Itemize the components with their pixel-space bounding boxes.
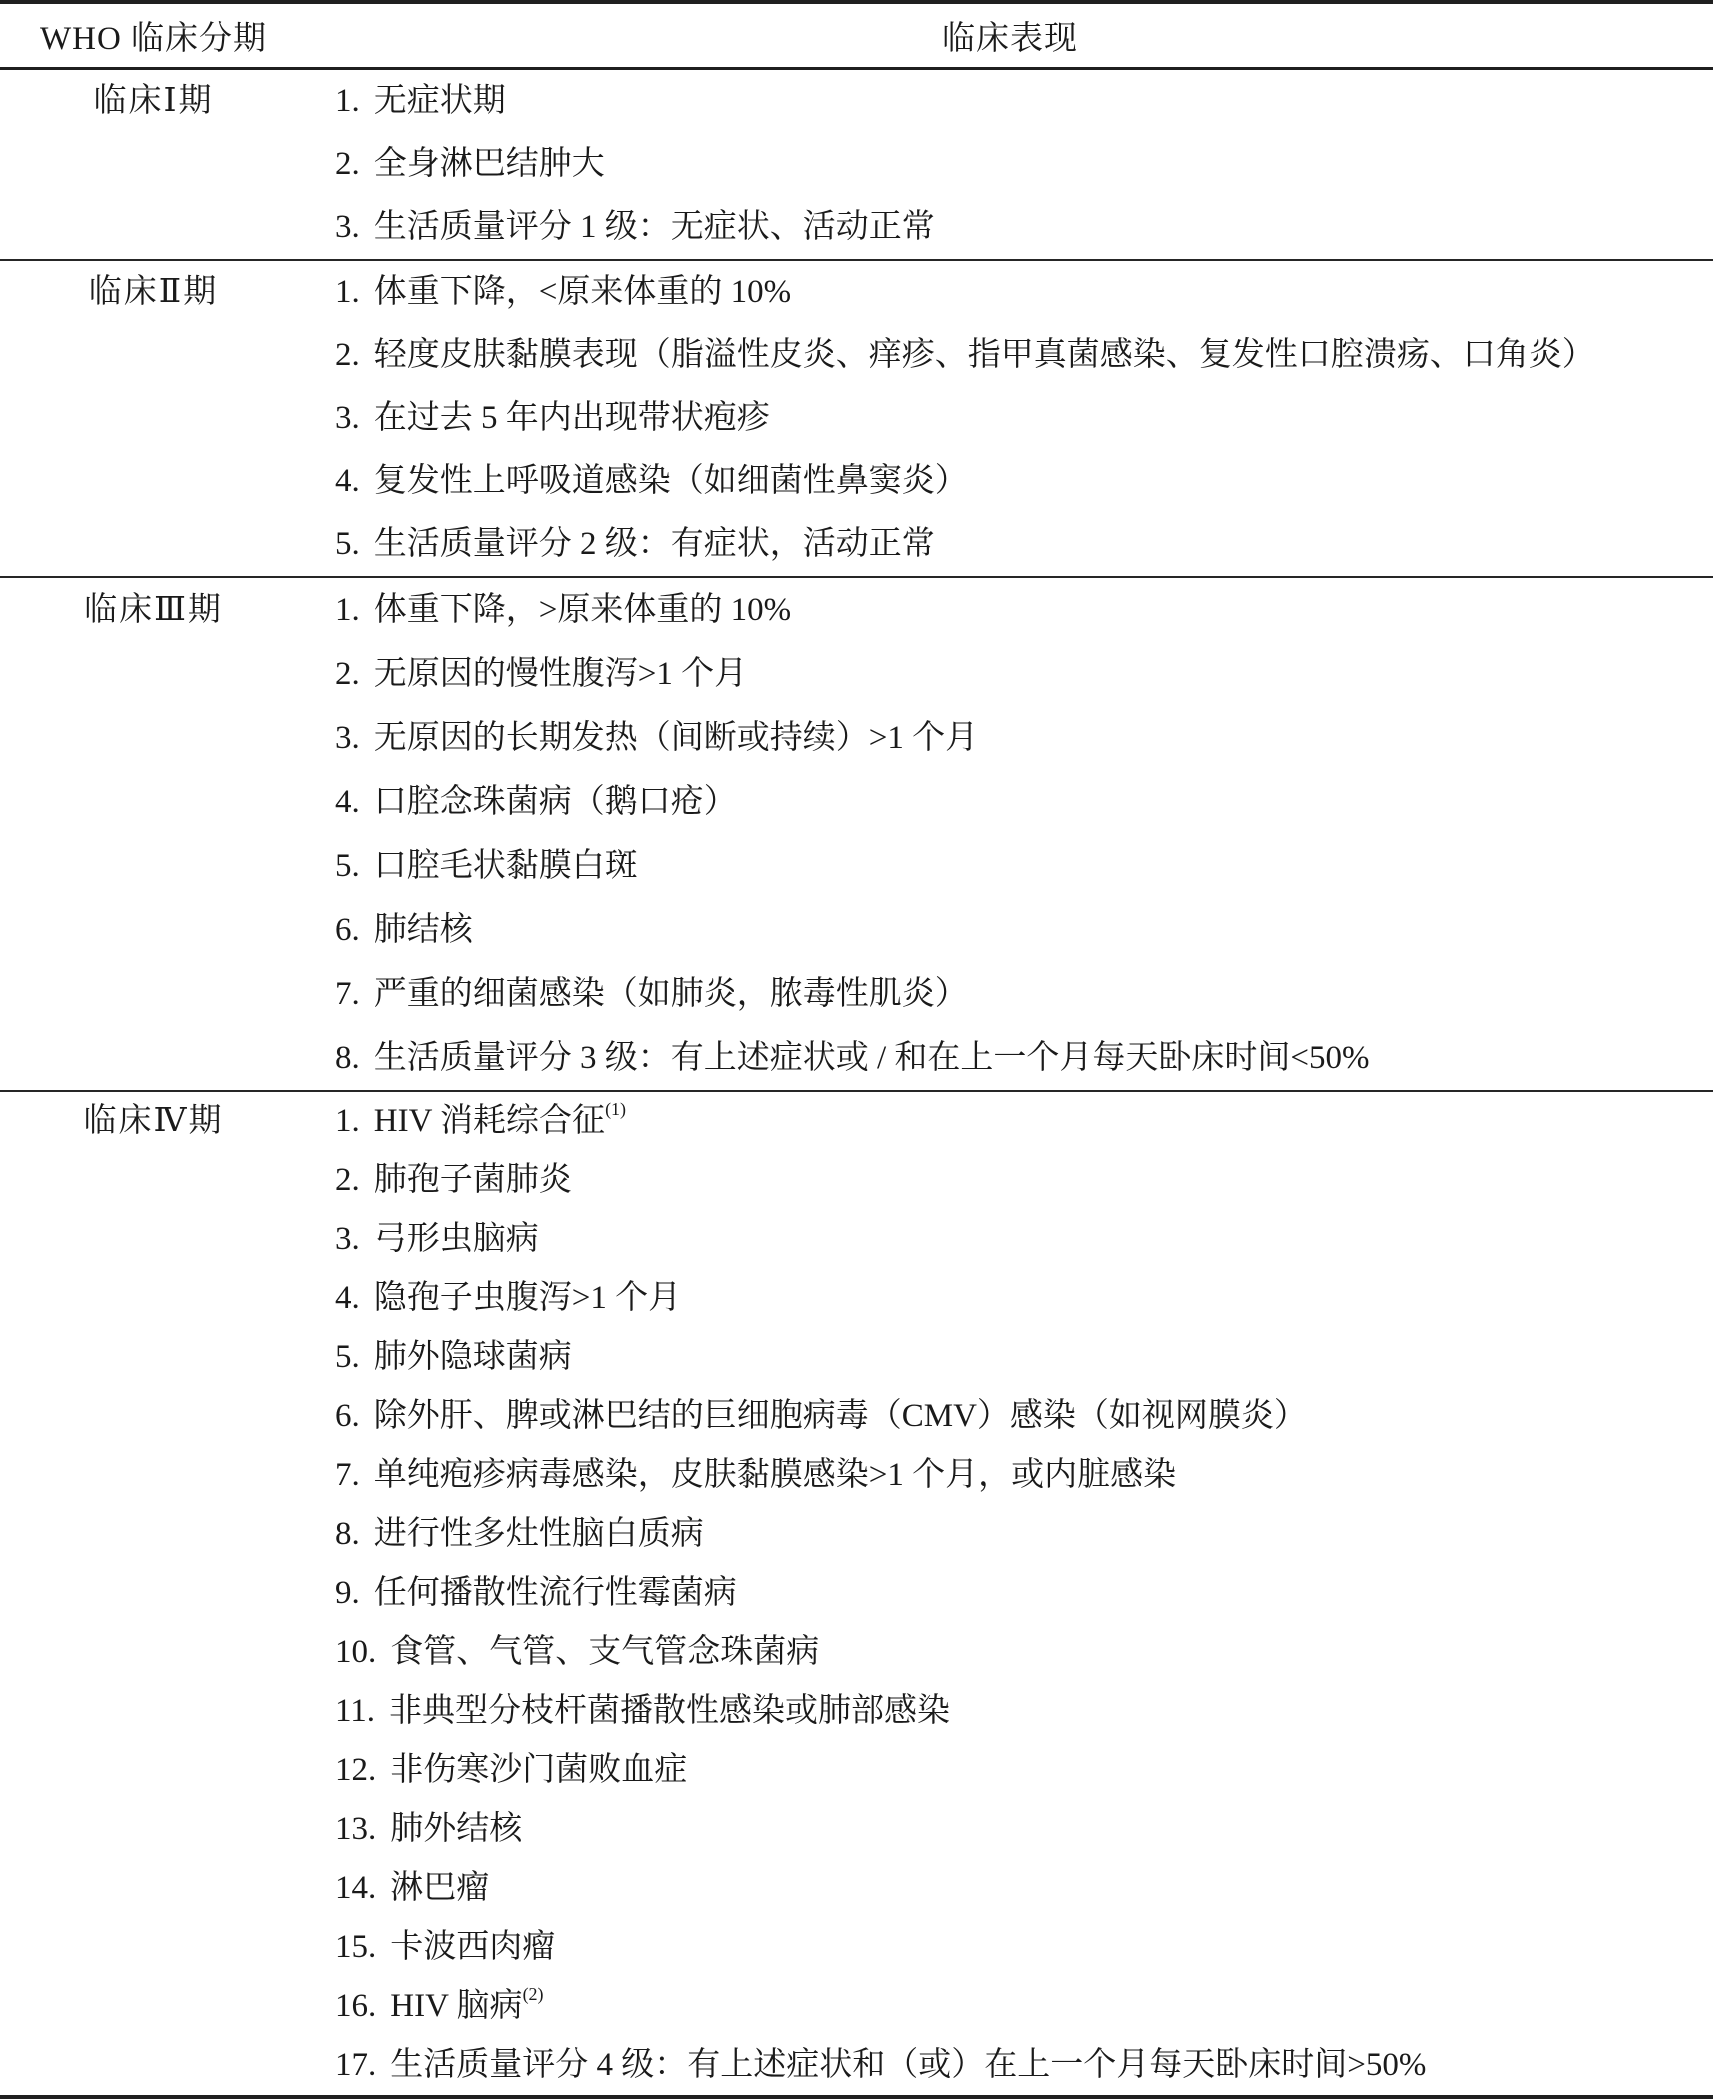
list-item: 7.严重的细菌感染（如肺炎，脓毒性肌炎） <box>335 962 1705 1026</box>
list-item: 15.卡波西肉瘤 <box>335 1918 1705 1977</box>
item-text: 弓形虫脑病 <box>374 1221 539 1257</box>
table-row-stage-2: 临床Ⅱ期 1.体重下降，<原来体重的 10% 2.轻度皮肤黏膜表现（脂溢性皮炎、… <box>0 259 1713 576</box>
list-item: 5.生活质量评分 2 级：有症状，活动正常 <box>335 513 1705 576</box>
item-number: 9. <box>335 1564 360 1623</box>
list-item: 13.肺外结核 <box>335 1800 1705 1859</box>
list-item: 1.HIV 消耗综合征(1) <box>335 1092 1705 1151</box>
item-text: 淋巴瘤 <box>390 1870 489 1906</box>
list-item: 6.肺结核 <box>335 898 1705 962</box>
item-number: 5. <box>335 513 360 576</box>
header-cell-stage: WHO 临床分期 <box>0 4 307 67</box>
list-item: 4.口腔念珠菌病（鹅口疮） <box>335 770 1705 834</box>
item-number: 8. <box>335 1026 360 1090</box>
list-item: 4.复发性上呼吸道感染（如细菌性鼻窦炎） <box>335 450 1705 513</box>
list-item: 3.生活质量评分 1 级：无症状、活动正常 <box>335 196 1705 259</box>
stage-cell: 临床Ⅳ期 <box>0 1092 307 2095</box>
item-text: 肺结核 <box>374 912 473 948</box>
item-text: 无原因的长期发热（间断或持续）>1 个月 <box>374 720 978 756</box>
item-number: 14. <box>335 1859 376 1918</box>
item-number: 5. <box>335 834 360 898</box>
item-number: 3. <box>335 706 360 770</box>
item-text: 在过去 5 年内出现带状疱疹 <box>374 400 770 436</box>
item-number: 6. <box>335 898 360 962</box>
document-page: WHO 临床分期 临床表现 临床Ⅰ期 1.无症状期 2.全身淋巴结肿大 3.生活… <box>0 0 1713 2099</box>
item-number: 1. <box>335 261 360 324</box>
item-number: 4. <box>335 1269 360 1328</box>
item-text: 无症状期 <box>374 83 506 119</box>
list-item: 2.全身淋巴结肿大 <box>335 133 1705 196</box>
item-text: 生活质量评分 1 级：无症状、活动正常 <box>374 209 935 245</box>
item-text: 食管、气管、支气管念珠菌病 <box>390 1634 819 1670</box>
list-item: 10.食管、气管、支气管念珠菌病 <box>335 1623 1705 1682</box>
item-text: 口腔毛状黏膜白斑 <box>374 848 638 884</box>
manifestation-cell: 1.无症状期 2.全身淋巴结肿大 3.生活质量评分 1 级：无症状、活动正常 <box>307 70 1713 259</box>
list-item: 11.非典型分枝杆菌播散性感染或肺部感染 <box>335 1682 1705 1741</box>
table-row-stage-1: 临床Ⅰ期 1.无症状期 2.全身淋巴结肿大 3.生活质量评分 1 级：无症状、活… <box>0 70 1713 259</box>
item-text: 非典型分枝杆菌播散性感染或肺部感染 <box>389 1693 950 1729</box>
item-number: 4. <box>335 770 360 834</box>
item-text: 非伤寒沙门菌败血症 <box>390 1752 687 1788</box>
list-item: 17.生活质量评分 4 级：有上述症状和（或）在上一个月每天卧床时间>50% <box>335 2036 1705 2095</box>
item-superscript: (2) <box>523 1984 544 2004</box>
list-item: 1.体重下降，>原来体重的 10% <box>335 578 1705 642</box>
list-item: 16.HIV 脑病(2) <box>335 1977 1705 2036</box>
item-number: 15. <box>335 1918 376 1977</box>
stage-label: 临床Ⅲ期 <box>0 578 307 642</box>
stage-label: 临床Ⅱ期 <box>0 261 307 324</box>
manifestation-cell: 1.HIV 消耗综合征(1) 2.肺孢子菌肺炎 3.弓形虫脑病 4.隐孢子虫腹泻… <box>307 1092 1713 2095</box>
item-text: 进行性多灶性脑白质病 <box>374 1516 704 1552</box>
item-text: 生活质量评分 3 级：有上述症状或 / 和在上一个月每天卧床时间<50% <box>374 1040 1370 1076</box>
table-row-stage-3: 临床Ⅲ期 1.体重下降，>原来体重的 10% 2.无原因的慢性腹泻>1 个月 3… <box>0 576 1713 1090</box>
item-number: 16. <box>335 1977 376 2036</box>
item-text: 肺孢子菌肺炎 <box>374 1162 572 1198</box>
item-text: 无原因的慢性腹泻>1 个月 <box>374 656 747 692</box>
item-number: 3. <box>335 387 360 450</box>
list-item: 12.非伤寒沙门菌败血症 <box>335 1741 1705 1800</box>
item-text: 肺外隐球菌病 <box>374 1339 572 1375</box>
item-number: 1. <box>335 578 360 642</box>
stage-cell: 临床Ⅱ期 <box>0 261 307 576</box>
item-number: 11. <box>335 1682 375 1741</box>
manifestation-cell: 1.体重下降，>原来体重的 10% 2.无原因的慢性腹泻>1 个月 3.无原因的… <box>307 578 1713 1090</box>
item-text: 肺外结核 <box>390 1811 522 1847</box>
item-number: 2. <box>335 1151 360 1210</box>
list-item: 2.轻度皮肤黏膜表现（脂溢性皮炎、痒疹、指甲真菌感染、复发性口腔溃疡、口角炎） <box>335 324 1705 387</box>
header-cell-manifestation: 临床表现 <box>307 4 1713 67</box>
table-header-row: WHO 临床分期 临床表现 <box>0 4 1713 70</box>
item-text: 生活质量评分 2 级：有症状，活动正常 <box>374 526 935 562</box>
item-text: 轻度皮肤黏膜表现（脂溢性皮炎、痒疹、指甲真菌感染、复发性口腔溃疡、口角炎） <box>374 337 1595 373</box>
item-number: 3. <box>335 1210 360 1269</box>
stage-label: 临床Ⅰ期 <box>0 70 307 133</box>
stage-label: 临床Ⅳ期 <box>0 1092 307 1151</box>
item-text: 口腔念珠菌病（鹅口疮） <box>374 784 737 820</box>
table-row-stage-4: 临床Ⅳ期 1.HIV 消耗综合征(1) 2.肺孢子菌肺炎 3.弓形虫脑病 4.隐… <box>0 1090 1713 2095</box>
item-number: 2. <box>335 133 360 196</box>
item-text: 体重下降，>原来体重的 10% <box>374 592 791 628</box>
item-number: 7. <box>335 1446 360 1505</box>
list-item: 2.无原因的慢性腹泻>1 个月 <box>335 642 1705 706</box>
list-item: 4.隐孢子虫腹泻>1 个月 <box>335 1269 1705 1328</box>
list-item: 3.无原因的长期发热（间断或持续）>1 个月 <box>335 706 1705 770</box>
item-number: 10. <box>335 1623 376 1682</box>
item-number: 1. <box>335 70 360 133</box>
item-text: 任何播散性流行性霉菌病 <box>374 1575 737 1611</box>
list-item: 7.单纯疱疹病毒感染，皮肤黏膜感染>1 个月，或内脏感染 <box>335 1446 1705 1505</box>
item-text: 全身淋巴结肿大 <box>374 146 605 182</box>
item-text: 卡波西肉瘤 <box>390 1929 555 1965</box>
item-number: 2. <box>335 642 360 706</box>
item-text: 隐孢子虫腹泻>1 个月 <box>374 1280 681 1316</box>
item-number: 17. <box>335 2036 376 2095</box>
item-number: 8. <box>335 1505 360 1564</box>
item-text: 单纯疱疹病毒感染，皮肤黏膜感染>1 个月，或内脏感染 <box>374 1457 1176 1493</box>
item-number: 7. <box>335 962 360 1026</box>
list-item: 3.在过去 5 年内出现带状疱疹 <box>335 387 1705 450</box>
item-number: 2. <box>335 324 360 387</box>
list-item: 8.进行性多灶性脑白质病 <box>335 1505 1705 1564</box>
list-item: 6.除外肝、脾或淋巴结的巨细胞病毒（CMV）感染（如视网膜炎） <box>335 1387 1705 1446</box>
item-superscript: (1) <box>605 1099 626 1119</box>
item-text: 生活质量评分 4 级：有上述症状和（或）在上一个月每天卧床时间>50% <box>390 2047 1426 2083</box>
list-item: 1.无症状期 <box>335 70 1705 133</box>
manifestation-cell: 1.体重下降，<原来体重的 10% 2.轻度皮肤黏膜表现（脂溢性皮炎、痒疹、指甲… <box>307 261 1713 576</box>
item-text: HIV 消耗综合征 <box>374 1103 605 1139</box>
stage-cell: 临床Ⅰ期 <box>0 70 307 259</box>
list-item: 5.肺外隐球菌病 <box>335 1328 1705 1387</box>
stage-cell: 临床Ⅲ期 <box>0 578 307 1090</box>
item-text: 体重下降，<原来体重的 10% <box>374 274 791 310</box>
item-text: 除外肝、脾或淋巴结的巨细胞病毒（CMV）感染（如视网膜炎） <box>374 1398 1307 1434</box>
item-number: 3. <box>335 196 360 259</box>
list-item: 8.生活质量评分 3 级：有上述症状或 / 和在上一个月每天卧床时间<50% <box>335 1026 1705 1090</box>
who-clinical-staging-table: WHO 临床分期 临床表现 临床Ⅰ期 1.无症状期 2.全身淋巴结肿大 3.生活… <box>0 0 1713 2099</box>
list-item: 1.体重下降，<原来体重的 10% <box>335 261 1705 324</box>
item-text: 严重的细菌感染（如肺炎，脓毒性肌炎） <box>374 976 968 1012</box>
item-number: 4. <box>335 450 360 513</box>
list-item: 9.任何播散性流行性霉菌病 <box>335 1564 1705 1623</box>
item-text: 复发性上呼吸道感染（如细菌性鼻窦炎） <box>374 463 968 499</box>
list-item: 14.淋巴瘤 <box>335 1859 1705 1918</box>
item-number: 6. <box>335 1387 360 1446</box>
item-number: 5. <box>335 1328 360 1387</box>
item-text: HIV 脑病 <box>390 1988 522 2024</box>
list-item: 3.弓形虫脑病 <box>335 1210 1705 1269</box>
list-item: 2.肺孢子菌肺炎 <box>335 1151 1705 1210</box>
item-number: 12. <box>335 1741 376 1800</box>
list-item: 5.口腔毛状黏膜白斑 <box>335 834 1705 898</box>
item-number: 13. <box>335 1800 376 1859</box>
item-number: 1. <box>335 1092 360 1151</box>
